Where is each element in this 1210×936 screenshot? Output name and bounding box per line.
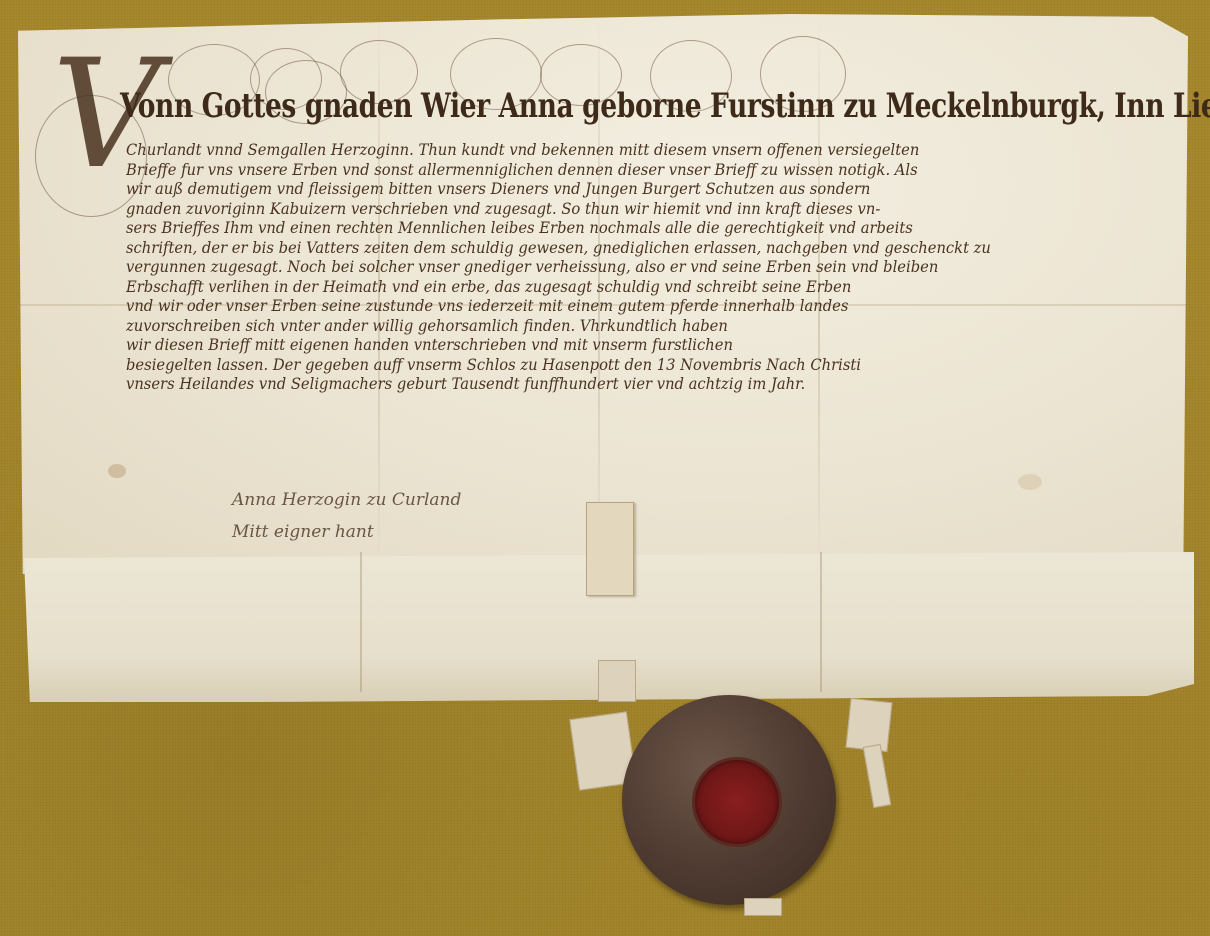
signature-line: Mitt eigner hant (232, 516, 461, 548)
seal-strip (598, 660, 636, 702)
body-line: Churlandt vnnd Semgallen Herzoginn. Thun… (126, 140, 1083, 160)
wax-seal-impression (692, 757, 782, 847)
charter-heading: Vonn Gottes gnaden Wier Anna geborne Fur… (120, 86, 931, 126)
body-line: gnaden zuvoriginn Kabuizern verschrieben… (126, 199, 1083, 219)
signature-block: Anna Herzogin zu Curland Mitt eigner han… (232, 484, 461, 548)
seal-strip-tab (586, 502, 634, 596)
charter-body: Churlandt vnnd Semgallen Herzoginn. Thun… (126, 140, 1166, 394)
fold-line (360, 552, 362, 692)
signature-line: Anna Herzogin zu Curland (232, 484, 461, 516)
body-line: vergunnen zugesagt. Noch bei solcher vns… (126, 257, 1083, 277)
body-line: wir auß demutigem vnd fleissigem bitten … (126, 179, 1083, 199)
body-line: vnsers Heilandes vnd Seligmachers geburt… (126, 374, 1083, 394)
fold-line (820, 552, 822, 692)
body-line: Brieffe fur vns vnsere Erben vnd sonst a… (126, 160, 1083, 180)
body-line: schriften, der er bis bei Vatters zeiten… (126, 238, 1083, 258)
body-line: zuvorschreiben sich vnter ander willig g… (126, 316, 1083, 336)
body-line: vnd wir oder vnser Erben seine zustunde … (126, 296, 1083, 316)
body-line: wir diesen Brieff mitt eigenen handen vn… (126, 335, 1083, 355)
seal-strip-torn (846, 698, 893, 752)
stain (108, 464, 126, 478)
stain (1018, 474, 1042, 490)
body-line: sers Brieffes Ihm vnd einen rechten Menn… (126, 218, 1083, 238)
body-line: besiegelten lassen. Der gegeben auff vns… (126, 355, 1083, 375)
seal-strip-end (744, 898, 782, 916)
body-line: Erbschafft verlihen in der Heimath vnd e… (126, 277, 1083, 297)
